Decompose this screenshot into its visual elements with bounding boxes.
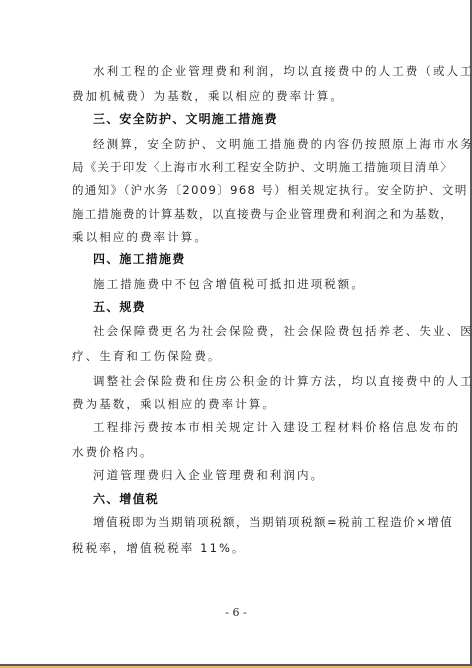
paragraph-line: 社会保障费更名为社会保险费，社会保险费包括养老、失业、医 xyxy=(93,323,402,339)
paragraph-line: 增值税即为当期销项税额，当期销项税额=税前工程造价×增值 xyxy=(93,514,402,530)
section-heading-fees: 五、规费 xyxy=(93,299,402,315)
paragraph-line: 水利工程的企业管理费和利润，均以直接费中的人工费（或人工 xyxy=(93,63,402,79)
section-heading-safety: 三、安全防护、文明施工措施费 xyxy=(93,111,402,127)
paragraph-line: 的通知》（沪水务〔2009〕968 号）相关规定执行。安全防护、文明 xyxy=(72,182,402,198)
paragraph-line: 施工措施费中不包含增值税可抵扣进项税额。 xyxy=(93,276,402,292)
paragraph-line: 水费价格内。 xyxy=(72,444,402,460)
paragraph-line: 税税率，增值税税率 11%。 xyxy=(72,540,402,556)
paragraph-line: 工程排污费按本市相关规定计入建设工程材料价格信息发布的 xyxy=(93,419,402,435)
paragraph-line: 费加机械费）为基数，乘以相应的费率计算。 xyxy=(72,88,402,104)
section-heading-construction-measures: 四、施工措施费 xyxy=(93,251,402,267)
paragraph-line: 疗、生育和工伤保险费。 xyxy=(72,348,402,364)
document-page: 水利工程的企业管理费和利润，均以直接费中的人工费（或人工 费加机械费）为基数，乘… xyxy=(0,0,472,666)
section-heading-vat: 六、增值税 xyxy=(93,491,402,507)
paragraph-line: 调整社会保险费和住房公积金的计算方法，均以直接费中的人工 xyxy=(93,373,402,389)
paragraph-line: 乘以相应的费率计算。 xyxy=(72,229,402,245)
paragraph-line: 局《关于印发〈上海市水利工程安全防护、文明施工措施项目清单〉 xyxy=(72,159,402,175)
paragraph-line: 河道管理费归入企业管理费和利润内。 xyxy=(93,467,402,483)
paragraph-line: 经测算，安全防护、文明施工措施费的内容仍按照原上海市水务 xyxy=(93,136,402,152)
page-number: - 6 - xyxy=(0,606,472,619)
paragraph-line: 施工措施费的计算基数，以直接费与企业管理费和利润之和为基数， xyxy=(72,206,402,222)
paragraph-line: 费为基数，乘以相应的费率计算。 xyxy=(72,396,402,412)
